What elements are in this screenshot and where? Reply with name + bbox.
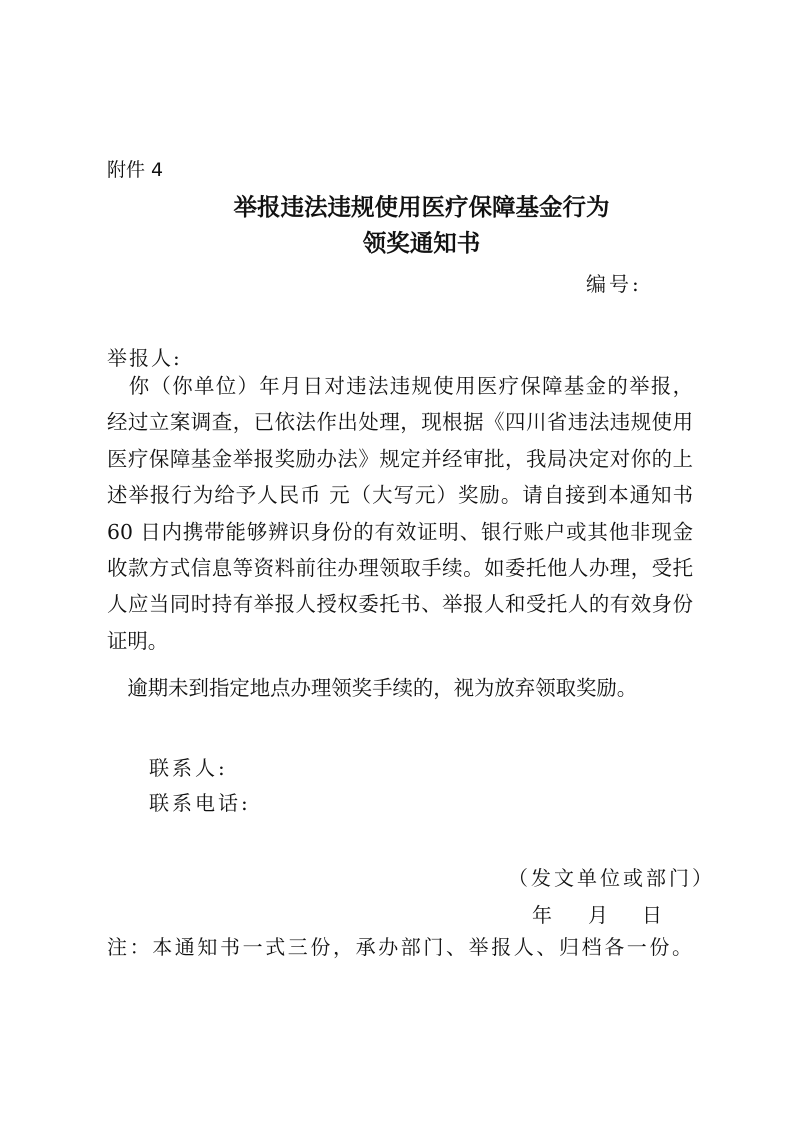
date-day: 日	[642, 899, 662, 928]
document-title-line1: 举报违法违规使用医疗保障基金行为	[0, 188, 793, 222]
date-year: 年	[532, 899, 552, 928]
body-line: 经过立案调查，已依法作出处理，现根据《四川省违法违规使用	[107, 404, 693, 440]
issuer-signature: （发文单位或部门）	[508, 862, 715, 891]
body-line: 60 日内携带能够辨识身份的有效证明、银行账户或其他非现金	[107, 514, 693, 550]
body-line: 述举报行为给予人民币 元（大写元）奖励。请自接到本通知书	[107, 477, 693, 513]
serial-number-label: 编号:	[586, 268, 642, 297]
notice-body-paragraph: 你（你单位）年月日对违法违规使用医疗保障基金的举报， 经过立案调查，已依法作出处…	[107, 368, 693, 659]
body-line: 收款方式信息等资料前往办理领取手续。如委托他人办理，受托	[107, 550, 693, 586]
date-month: 月	[588, 899, 608, 928]
attachment-label: 附件 4	[107, 155, 163, 182]
body-line: 证明。	[107, 623, 693, 659]
contact-phone-label: 联系电话:	[149, 787, 251, 816]
body-line: 医疗保障基金举报奖励办法》规定并经审批，我局决定对你的上	[107, 441, 693, 477]
body-line: 你（你单位）年月日对违法违规使用医疗保障基金的举报，	[107, 368, 693, 404]
expiry-paragraph: 逾期未到指定地点办理领奖手续的，视为放弃领取奖励。	[107, 670, 693, 706]
body-line: 逾期未到指定地点办理领奖手续的，视为放弃领取奖励。	[107, 670, 693, 706]
footnote: 注：本通知书一式三份，承办部门、举报人、归档各一份。	[107, 931, 695, 960]
contact-person-label: 联系人:	[149, 752, 228, 781]
addressee-label: 举报人:	[107, 342, 182, 371]
body-line: 人应当同时持有举报人授权委托书、举报人和受托人的有效身份	[107, 586, 693, 622]
document-title-line2: 领奖通知书	[0, 224, 793, 258]
